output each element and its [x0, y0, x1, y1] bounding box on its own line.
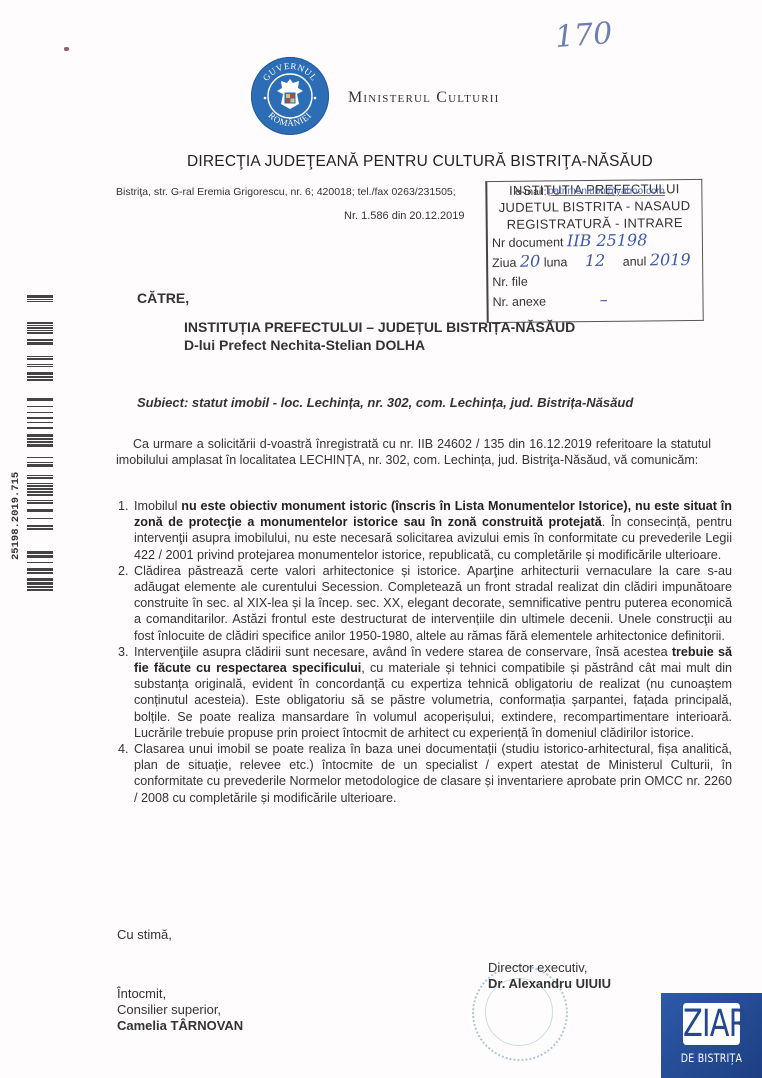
intro-text: Ca urmare a solicitării d-voastră înregi…: [116, 436, 711, 468]
ink-dot: [64, 47, 69, 51]
stamp-nr-anexe-label: Nr. anexe: [492, 294, 546, 309]
stamp-nr-document-label: Nr document: [492, 235, 564, 250]
barcode: [27, 292, 53, 592]
registry-stamp: INSTITUTIA PREFECTULUI JUDETUL BISTRITA …: [485, 179, 703, 323]
closing-salutation: Cu stimă,: [117, 927, 172, 942]
stamp-nr-anexe-row: Nr. anexe –: [488, 289, 702, 311]
barcode-text: 25198.2019.715: [10, 472, 22, 560]
intro-paragraph: Ca urmare a solicitării d-voastră înregi…: [116, 436, 711, 468]
stamp-date-row: Ziua 20 luna 12 anul 2019: [488, 250, 702, 272]
directorate-address: Bistriţa, str. G-ral Eremia Grigorescu, …: [116, 186, 456, 198]
point-item: Clădirea păstrează certe valori arhitect…: [132, 563, 732, 644]
government-seal-logo: GUVERNUL ROMÂNIEI: [251, 57, 329, 135]
signer-left-line1: Întocmit,: [117, 986, 243, 1002]
stamp-nr-document-value: IIB 25198: [567, 230, 648, 250]
points-list: Imobilul nu este obiectiv monument istor…: [110, 498, 732, 806]
recipient-person: D-lui Prefect Nechita-Stelian DOLHA: [184, 336, 575, 354]
stamp-nr-anexe-value: –: [599, 289, 607, 308]
email-link[interactable]: patrimoniubn@yahoo.com: [548, 186, 665, 197]
watermark-main-text: ZIAR: [683, 1003, 740, 1045]
stamp-luna-value: 12: [585, 250, 606, 269]
recipient-block: INSTITUȚIA PREFECTULUI – JUDEȚUL BISTRIȚ…: [184, 318, 575, 354]
signer-left: Întocmit, Consilier superior, Camelia TÂ…: [117, 986, 243, 1034]
signer-left-line2: Consilier superior,: [117, 1002, 243, 1018]
point-item: Imobilul nu este obiectiv monument istor…: [132, 498, 732, 563]
point-item: Intervenţiile asupra clădirii sunt neces…: [132, 644, 732, 741]
stamp-nr-file-label: Nr. file: [492, 275, 528, 289]
directorate-title: DIRECŢIA JUDEŢEANĂ PENTRU CULTURĂ BISTRI…: [187, 153, 653, 171]
signer-right: Director executiv, Dr. Alexandru UIUIU: [488, 960, 611, 992]
stamp-ziua-label: Ziua: [492, 255, 516, 269]
signer-left-name: Camelia TÂRNOVAN: [117, 1018, 243, 1034]
signer-right-title: Director executiv,: [488, 960, 611, 976]
stamp-luna-label: luna: [544, 255, 568, 269]
handwritten-registration-number: 170: [554, 16, 614, 55]
ziar-de-bistrita-watermark: ZIAR DE BISTRIȚA: [661, 993, 762, 1078]
recipient-institution: INSTITUȚIA PREFECTULUI – JUDEȚUL BISTRIȚ…: [184, 318, 575, 336]
ministry-name: Ministerul Culturii: [348, 89, 500, 107]
stamp-nr-file-row: Nr. file: [488, 270, 702, 292]
watermark-sub-text: DE BISTRIȚA: [670, 1051, 753, 1065]
stamp-ziua-value: 20: [520, 251, 541, 270]
addressee-label: CĂTRE,: [137, 290, 189, 306]
stamp-anul-label: anul: [623, 254, 647, 268]
stamp-anul-value: 2019: [650, 249, 691, 268]
document-number: Nr. 1.586 din 20.12.2019: [344, 210, 464, 222]
letter-subject: Subiect: statut imobil - loc. Lechința, …: [137, 395, 633, 410]
point-item: Clasarea unui imobil se poate realiza în…: [132, 741, 732, 806]
romanian-government-seal-icon: GUVERNUL ROMÂNIEI: [251, 57, 329, 135]
signer-right-name: Dr. Alexandru UIUIU: [488, 976, 611, 992]
email-label: e-mail:: [515, 186, 547, 198]
